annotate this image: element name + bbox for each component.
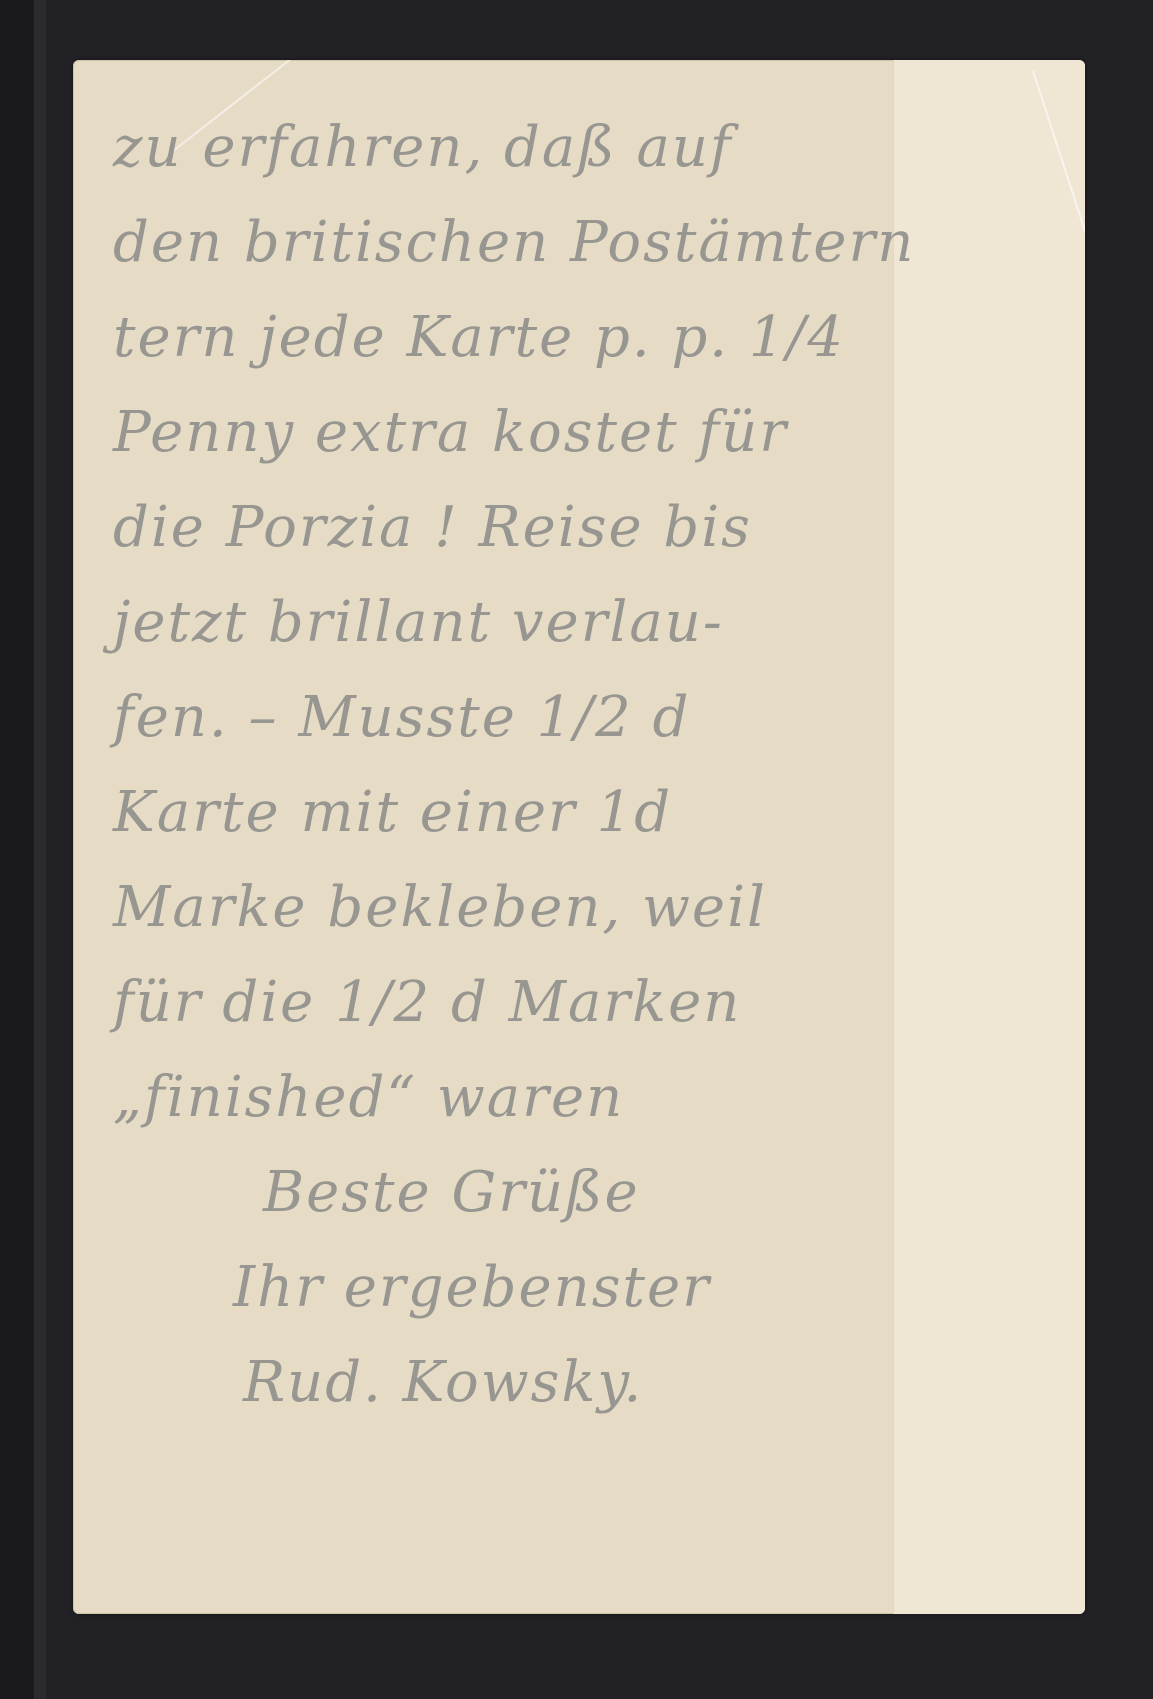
- text-line: zu erfahren, daß auf: [113, 100, 1043, 195]
- text-line: jetzt brillant verlau-: [113, 575, 1043, 670]
- signature: Rud. Kowsky.: [113, 1335, 1043, 1430]
- closing-line: Beste Grüße: [113, 1145, 1043, 1240]
- text-line: tern jede Karte p. p. 1/4: [113, 290, 1043, 385]
- background-left-edge: [34, 0, 46, 1699]
- text-line: Marke bekleben, weil: [113, 860, 1043, 955]
- postcard: zu erfahren, daß auf den britischen Post…: [73, 60, 1085, 1614]
- text-line: Penny extra kostet für: [113, 385, 1043, 480]
- text-line: Karte mit einer 1d: [113, 765, 1043, 860]
- text-line: fen. – Musste 1/2 d: [113, 670, 1043, 765]
- background-left-stripe: [0, 0, 34, 1699]
- text-line: „finished“ waren: [113, 1050, 1043, 1145]
- closing-line: Ihr ergebenster: [113, 1240, 1043, 1335]
- text-line: die Porzia ! Reise bis: [113, 480, 1043, 575]
- text-line: für die 1/2 d Marken: [113, 955, 1043, 1050]
- text-line: den britischen Postämtern: [113, 195, 1043, 290]
- handwritten-text: zu erfahren, daß auf den britischen Post…: [113, 100, 1043, 1430]
